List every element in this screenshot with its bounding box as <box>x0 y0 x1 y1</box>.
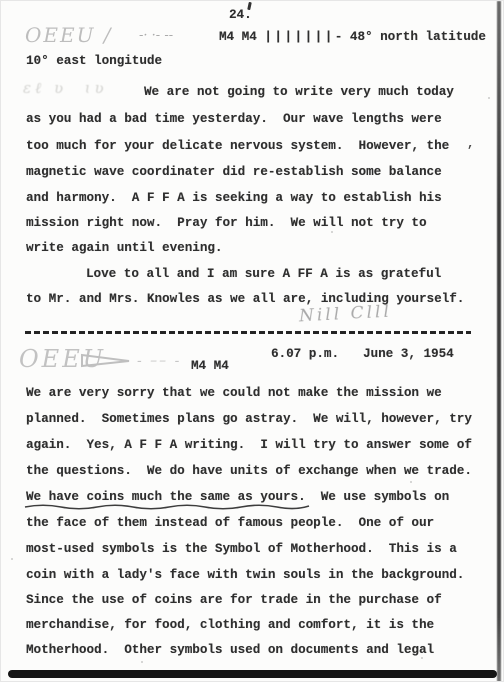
typed-line: Motherhood. Other symbols used on docume… <box>26 643 434 657</box>
typed-line: We have coins much the same as yours. We… <box>26 490 449 504</box>
typed-line: write again until evening. <box>26 241 223 255</box>
session-time: 6.07 p.m. <box>271 347 339 361</box>
session-date: June 3, 1954 <box>363 347 454 361</box>
paper-speck <box>421 657 423 659</box>
session-code: M4 M4 <box>191 359 229 373</box>
paper-speck <box>141 661 143 663</box>
pencil-dashes-session2: - –– - <box>137 353 181 369</box>
typed-line: planned. Sometimes plans go astray. We w… <box>26 412 472 426</box>
paper-speck <box>331 231 333 233</box>
page-edge-shadow <box>497 1 501 682</box>
scanned-page: 24. OEEU / -· ·- -- M4 M4 |||||||- 48° n… <box>0 0 504 682</box>
arrow-pennant-icon <box>81 353 133 371</box>
typed-line: too much for your delicate nervous syste… <box>26 139 449 153</box>
session-code: M4 M4 <box>219 30 264 44</box>
pencil-annotation-top: OEEU / <box>25 23 113 47</box>
typed-line: again. Yes, A F F A writing. I will try … <box>26 438 472 452</box>
longitude-line: 10° east longitude <box>26 54 162 68</box>
wavy-underline <box>25 503 309 511</box>
page-number: 24. <box>229 8 252 22</box>
dashed-separator <box>25 331 471 334</box>
paper-speck <box>488 97 490 99</box>
typed-line: coin with a lady's face with twin souls … <box>26 568 464 582</box>
paper-speck <box>11 558 13 560</box>
scan-bottom-bar <box>8 670 497 678</box>
typed-line: Love to all and I am sure A FF A is as g… <box>86 267 441 281</box>
signature-handwriting: Nill Clll <box>299 302 393 327</box>
paper-speck <box>410 481 412 483</box>
typed-line: Since the use of coins are for trade in … <box>26 593 442 607</box>
typed-line: the face of them instead of famous peopl… <box>26 516 434 530</box>
typed-line: mission right now. Pray for him. We will… <box>26 216 427 230</box>
latitude-line: M4 M4 |||||||- 48° north latitude <box>219 30 486 44</box>
typed-line: We are not going to write very much toda… <box>144 85 454 99</box>
typed-line: We are very sorry that we could not make… <box>26 386 442 400</box>
typed-line: the questions. We do have units of excha… <box>26 464 472 478</box>
typed-line: and harmony. A F F A is seeking a way to… <box>26 191 442 205</box>
latitude-text: - 48° north latitude <box>335 30 486 44</box>
tally-marks: ||||||| <box>264 30 334 44</box>
stray-comma: , <box>467 137 474 151</box>
typed-line: most-used symbols is the Symbol of Mothe… <box>26 542 457 556</box>
typed-line: as you had a bad time yesterday. Our wav… <box>26 112 442 126</box>
typed-line: merchandise, for food, clothing and comf… <box>26 618 434 632</box>
pencil-scribble-body: ɛℓ ʋ ɩʋ <box>23 79 108 98</box>
typed-line: to Mr. and Mrs. Knowles as we all are, i… <box>26 292 464 306</box>
pencil-dashes-top: -· ·- -- <box>139 28 173 43</box>
typed-line: magnetic wave coordinater did re-establi… <box>26 165 442 179</box>
